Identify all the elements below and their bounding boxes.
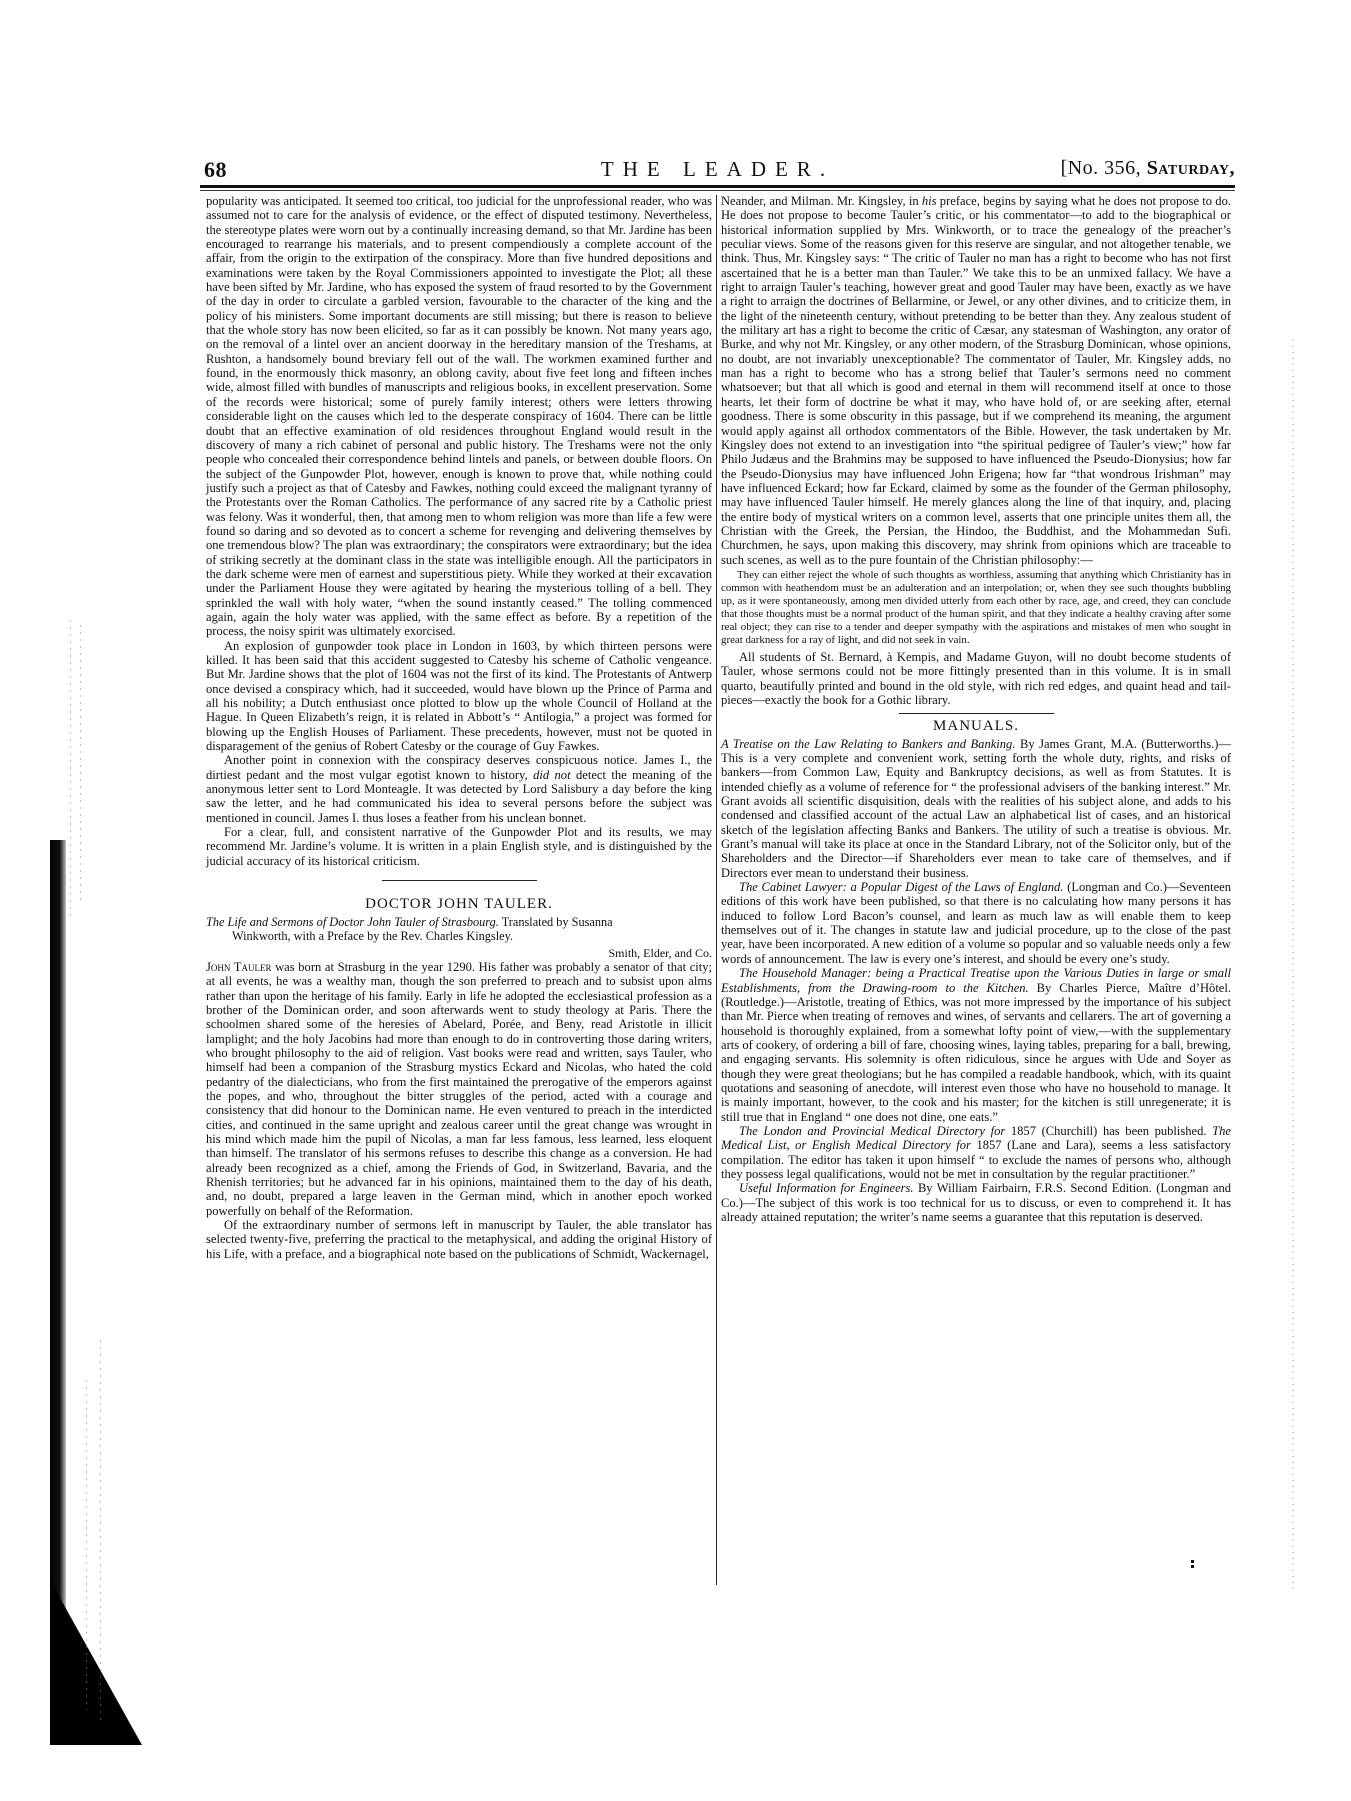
block-quote: They can either reject the whole of such… [721,569,1231,647]
column-divider [716,195,717,1585]
scan-speckle [80,625,81,905]
book-credit: Translated by Susanna [499,915,613,929]
article-paragraph: Another point in connexion with the cons… [206,753,712,825]
text-run: preface, begins by saying what he does n… [721,194,1231,567]
book-title: A Treatise on the Law Relating to Banker… [721,737,1015,751]
section-separator [382,880,537,881]
manual-entry: The Cabinet Lawyer: a Popular Digest of … [721,880,1231,966]
page-binding-corner [50,1580,142,1745]
article-paragraph: Neander, and Milman. Mr. Kingsley, in hi… [721,194,1231,567]
text-run: 1857 (Churchill) has been published. [1005,1124,1212,1138]
emphasis: his [922,194,937,208]
article-paragraph: popularity was anticipated. It seemed to… [206,194,712,639]
book-citation: The Life and Sermons of Doctor John Taul… [206,915,712,943]
book-title: Useful Information for Engineers. [739,1181,914,1195]
article-paragraph: John Tauler was born at Strasburg in the… [206,960,712,1218]
lead-name: John Tauler [206,960,271,974]
article-paragraph: All students of St. Bernard, à Kempis, a… [721,650,1231,707]
article-paragraph: An explosion of gunpowder took place in … [206,639,712,754]
emphasis: did not [533,768,571,782]
issue-info: [No. 356, Saturday, [1061,157,1235,180]
section-heading: MANUALS. [721,719,1231,733]
masthead-rule [200,185,1235,188]
section-heading: DOCTOR JOHN TAULER. [206,897,712,911]
manual-entry: A Treatise on the Law Relating to Banker… [721,737,1231,880]
scan-edge-speckle [1292,340,1294,1590]
masthead-rule-thin [200,190,1235,191]
scan-speckle [100,1340,101,1720]
book-title: The Cabinet Lawyer: a Popular Digest of … [739,880,1063,894]
section-separator [899,713,1054,714]
article-paragraph: For a clear, full, and consistent narrat… [206,825,712,868]
newspaper-page: 68 THE LEADER. [No. 356, Saturday, popul… [0,0,1351,1801]
quote-paragraph: They can either reject the whole of such… [721,569,1231,647]
scan-speckle [86,1380,87,1710]
page-binding-shadow [50,840,66,1610]
article-paragraph: Of the extraordinary number of sermons l… [206,1218,712,1261]
manual-entry: The London and Provincial Medical Direct… [721,1124,1231,1181]
book-credit: Winkworth, with a Preface by the Rev. Ch… [206,929,712,943]
issue-number: [No. 356, [1061,157,1147,179]
book-title: The London and Provincial Medical Direct… [739,1124,1005,1138]
publisher: Smith, Elder, and Co. [206,946,712,960]
book-title: The Life and Sermons of Doctor John Taul… [206,915,499,929]
end-mark [1191,1560,1194,1569]
text-run: was born at Strasburg in the year 1290. … [206,960,712,1218]
text-run: By James Grant, M.A. (Butterworths.)—Thi… [721,737,1231,880]
scan-speckle [70,620,71,920]
left-column: popularity was anticipated. It seemed to… [206,194,712,1261]
right-column: Neander, and Milman. Mr. Kingsley, in hi… [721,194,1231,1224]
text-run: By Charles Pierce, Maître d’Hôtel. (Rout… [721,981,1231,1124]
manual-entry: Useful Information for Engineers. By Wil… [721,1181,1231,1224]
masthead: 68 THE LEADER. [No. 356, Saturday, [200,157,1235,183]
manual-entry: The Household Manager: being a Practical… [721,966,1231,1124]
issue-day: Saturday, [1147,157,1235,179]
text-run: Neander, and Milman. Mr. Kingsley, in [721,194,922,208]
